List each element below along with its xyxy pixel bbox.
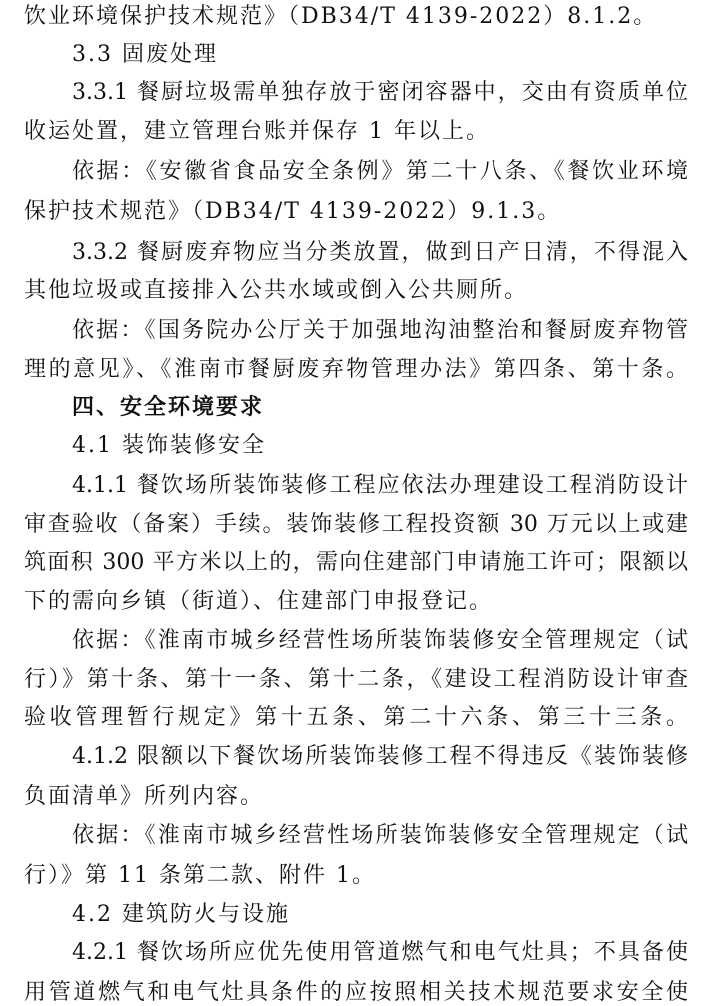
document-page: 饮业环境保护技术规范》（DB34/T 4139-2022）8.1.2。 3.3 … [0,0,720,1006]
clause-4-1-1: 4.1.1 餐饮场所装饰装修工程应依法办理建设工程消防设计 [72,471,688,501]
basis-line: 依据：《淮南市城乡经营性场所装饰装修安全管理规定（试 [72,626,688,656]
clause-4-2-1: 4.2.1 餐饮场所应优先使用管道燃气和电气灶具；不具备使 [72,938,688,968]
text-line: 保护技术规范》（DB34/T 4139-2022）9.1.3。 [24,197,688,227]
text-line: 行）》第 11 条第二款、附件 1。 [24,861,688,891]
text-line: 下的需向乡镇（街道）、住建部门申报登记。 [24,587,688,617]
clause-4-1-2: 4.1.2 限额以下餐饮场所装饰装修工程不得违反《装饰装修 [72,742,688,772]
text-line: 审查验收（备案）手续。装饰装修工程投资额 30 万元以上或建 [24,510,688,540]
text-line: 行）》第十条、第十一条、第十二条，《建设工程消防设计审查 [24,665,688,695]
text-line: 收运处置，建立管理台账并保存 1 年以上。 [24,117,688,147]
text-line: 用管道燃气和电气灶具条件的应按照相关技术规范要求安全使 [24,978,688,1006]
basis-line: 依据：《安徽省食品安全条例》第二十八条、《餐饮业环境 [72,157,688,187]
text-line: 验收管理暂行规定》第十五条、第二十六条、第三十三条。 [24,703,688,733]
section-heading-3-3: 3.3 固废处理 [72,40,688,70]
chapter-heading-4: 四、安全环境要求 [72,393,688,423]
section-heading-4-1: 4.1 装饰装修安全 [72,431,688,461]
clause-3-3-2: 3.3.2 餐厨废弃物应当分类放置，做到日产日清，不得混入 [72,238,688,268]
clause-3-3-1: 3.3.1 餐厨垃圾需单独存放于密闭容器中，交由有资质单位 [72,78,688,108]
text-line: 其他垃圾或直接排入公共水域或倒入公共厕所。 [24,276,688,306]
text-line: 筑面积 300 平方米以上的，需向住建部门申请施工许可；限额以 [24,548,688,578]
text-line: 理的意见》、《淮南市餐厨废弃物管理办法》第四条、第十条。 [24,355,688,385]
section-heading-4-2: 4.2 建筑防火与设施 [72,900,688,930]
text-line: 饮业环境保护技术规范》（DB34/T 4139-2022）8.1.2。 [24,2,688,32]
basis-line: 依据：《淮南市城乡经营性场所装饰装修安全管理规定（试 [72,821,688,851]
text-line: 负面清单》所列内容。 [24,782,688,812]
basis-line: 依据：《国务院办公厅关于加强地沟油整治和餐厨废弃物管 [72,316,688,346]
